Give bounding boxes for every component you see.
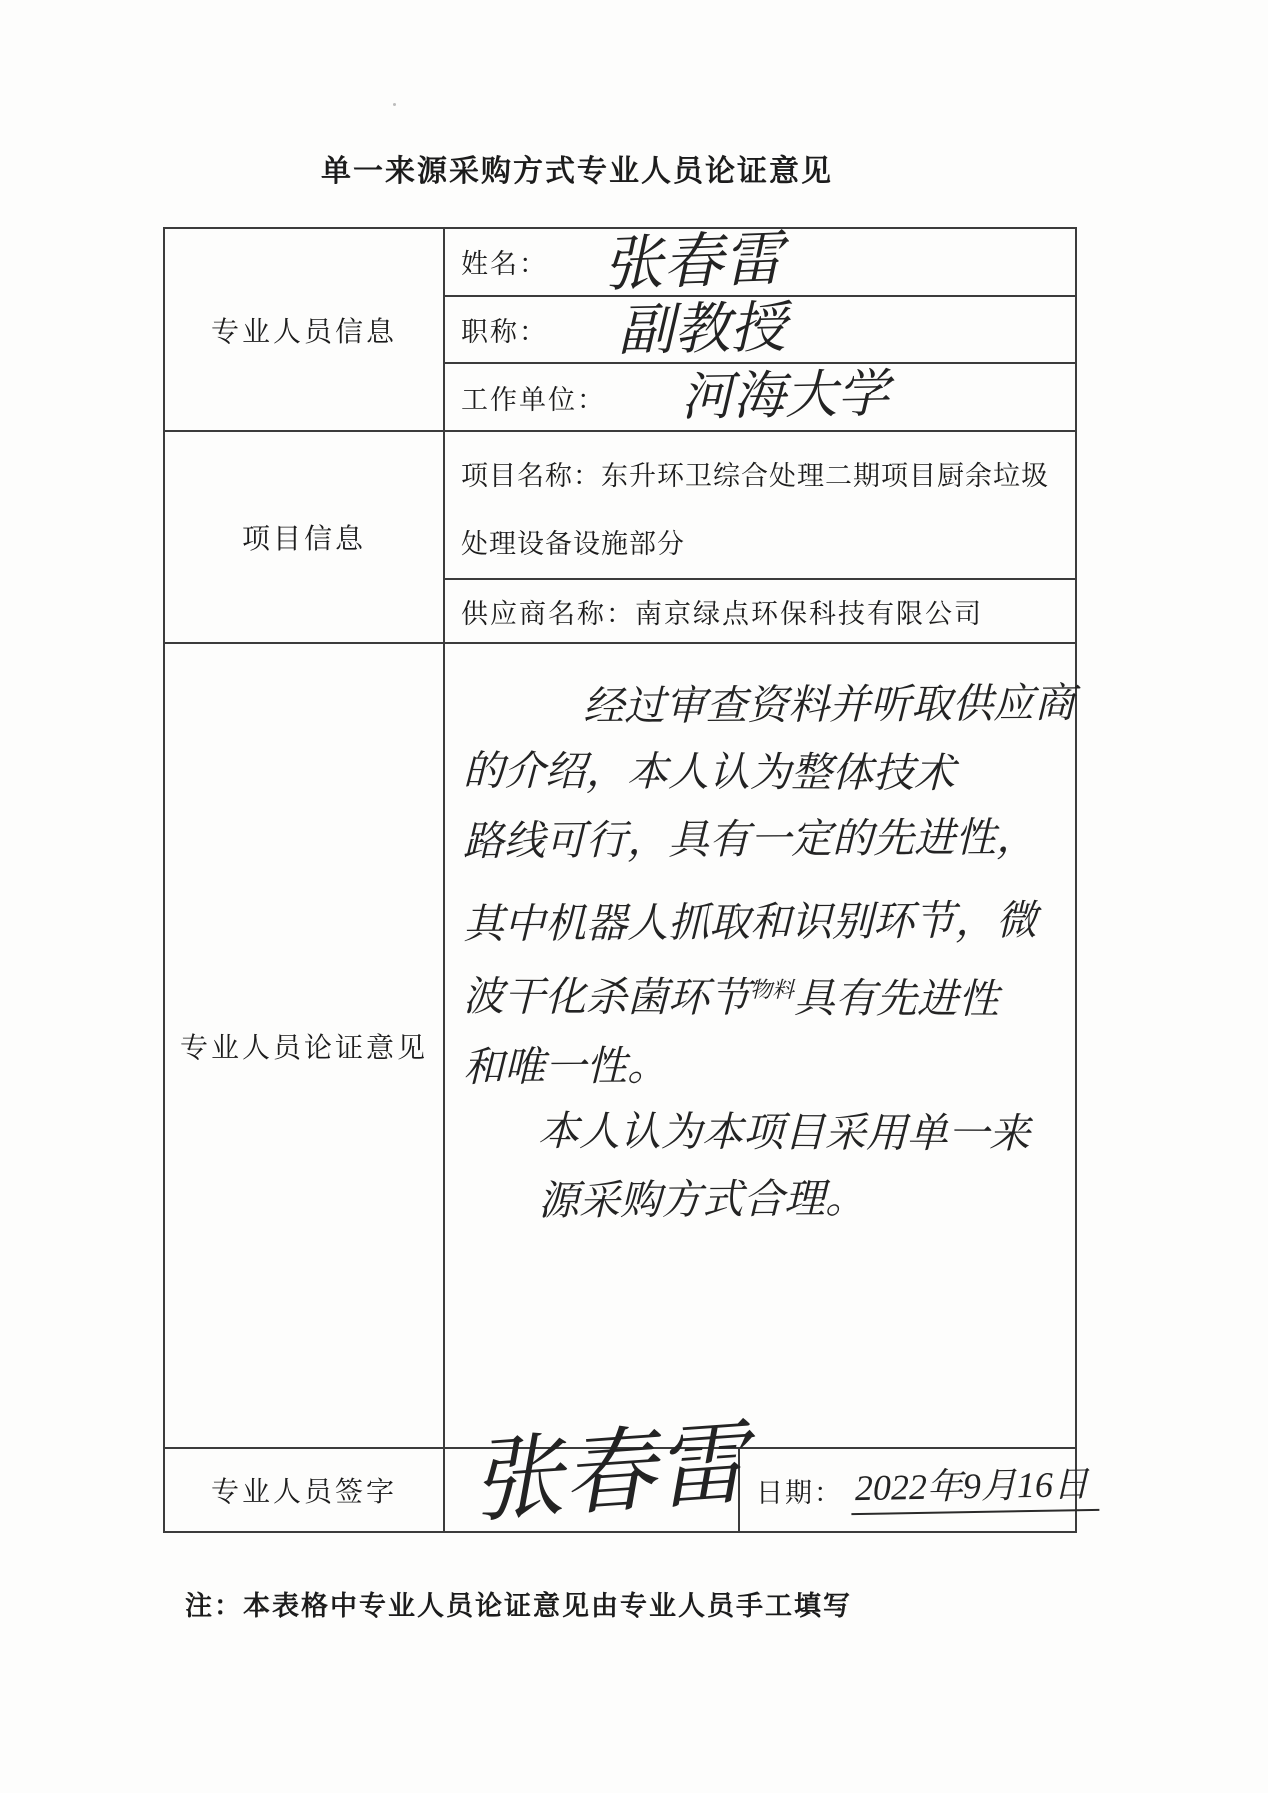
signature-cell: 张春雷 xyxy=(445,1449,740,1531)
opinion-line: 的介绍，本人认为整体技术 xyxy=(463,737,1049,807)
work-unit-handwritten-value: 河海大学 xyxy=(681,369,890,425)
opinion-insertion-note: 物料 xyxy=(750,977,794,1002)
work-unit-row: 工作单位： 河海大学 xyxy=(445,362,1075,430)
date-cell: 日期： 2022年9月16日 xyxy=(740,1449,1099,1531)
opinion-line5-pre: 波干化杀菌环节 xyxy=(463,973,750,1021)
rank-handwritten-value: 副教授 xyxy=(618,300,787,359)
project-section-row: 项目信息 项目名称：东升环卫综合处理二期项目厨余垃圾处理设备设施部分 供应商名称… xyxy=(165,430,1075,642)
opinion-line-with-insertion: 波干化杀菌环节物料具有先进性 xyxy=(463,954,1049,1033)
footnote: 注：本表格中专业人员论证意见由专业人员手工填写 xyxy=(185,1584,852,1623)
supplier-label: 供应商名称： xyxy=(461,592,635,631)
personnel-section-label: 专业人员信息 xyxy=(165,229,445,430)
name-handwritten-value: 张春雷 xyxy=(602,229,784,295)
rank-row: 职称： 副教授 xyxy=(445,295,1075,363)
handwritten-date-value: 2022年9月16日 xyxy=(851,1465,1100,1515)
opinion-line: 其中机器人抓取和识别环节，微 xyxy=(463,887,1049,958)
opinion-line5-post: 具有先进性 xyxy=(794,975,999,1022)
opinion-line: 经过审查资料并听取供应商 xyxy=(463,670,1049,741)
handwritten-signature: 张春雷 xyxy=(468,1417,750,1528)
document-title: 单一来源采购方式专业人员论证意见 xyxy=(120,146,1034,190)
supplier-row: 供应商名称： 南京绿点环保科技有限公司 xyxy=(445,578,1075,642)
personnel-fields: 姓名： 张春雷 职称： 副教授 工作单位： 河海大学 xyxy=(445,229,1075,430)
name-label: 姓名： xyxy=(461,242,548,281)
signature-row: 专业人员签字 张春雷 日期： 2022年9月16日 xyxy=(165,1447,1075,1531)
opinion-line: 和唯一性。 xyxy=(463,1030,1049,1101)
opinion-section-row: 专业人员论证意见 经过审查资料并听取供应商 的介绍，本人认为整体技术 路线可行，… xyxy=(165,642,1075,1447)
scan-speck xyxy=(393,103,396,106)
scanned-document-page: 单一来源采购方式专业人员论证意见 专业人员信息 姓名： 张春雷 职称： 副教授 … xyxy=(0,0,1268,1793)
supplier-value: 南京绿点环保科技有限公司 xyxy=(635,592,983,631)
rank-label: 职称： xyxy=(461,310,548,349)
project-section-label: 项目信息 xyxy=(165,432,445,642)
project-name-row: 项目名称：东升环卫综合处理二期项目厨余垃圾处理设备设施部分 xyxy=(445,432,1075,578)
date-label: 日期： xyxy=(756,1471,843,1510)
project-name-text: 项目名称：东升环卫综合处理二期项目厨余垃圾处理设备设施部分 xyxy=(461,442,1075,578)
opinion-handwritten-text: 经过审查资料并听取供应商 的介绍，本人认为整体技术 路线可行，具有一定的先进性，… xyxy=(445,644,1075,1447)
opinion-section-label: 专业人员论证意见 xyxy=(165,644,445,1447)
name-row: 姓名： 张春雷 xyxy=(445,229,1075,295)
opinion-form-table: 专业人员信息 姓名： 张春雷 职称： 副教授 工作单位： 河海大学 项目信息 xyxy=(163,227,1077,1533)
personnel-section-row: 专业人员信息 姓名： 张春雷 职称： 副教授 工作单位： 河海大学 xyxy=(165,229,1075,430)
work-unit-label: 工作单位： xyxy=(461,378,606,417)
opinion-line: 路线可行，具有一定的先进性， xyxy=(463,804,1049,875)
signature-label: 专业人员签字 xyxy=(165,1449,445,1531)
project-name-label: 项目名称： xyxy=(461,461,601,491)
opinion-line: 源采购方式合理。 xyxy=(463,1164,1049,1235)
opinion-line: 本人认为本项目采用单一来 xyxy=(463,1097,1049,1167)
project-fields: 项目名称：东升环卫综合处理二期项目厨余垃圾处理设备设施部分 供应商名称： 南京绿… xyxy=(445,432,1075,642)
